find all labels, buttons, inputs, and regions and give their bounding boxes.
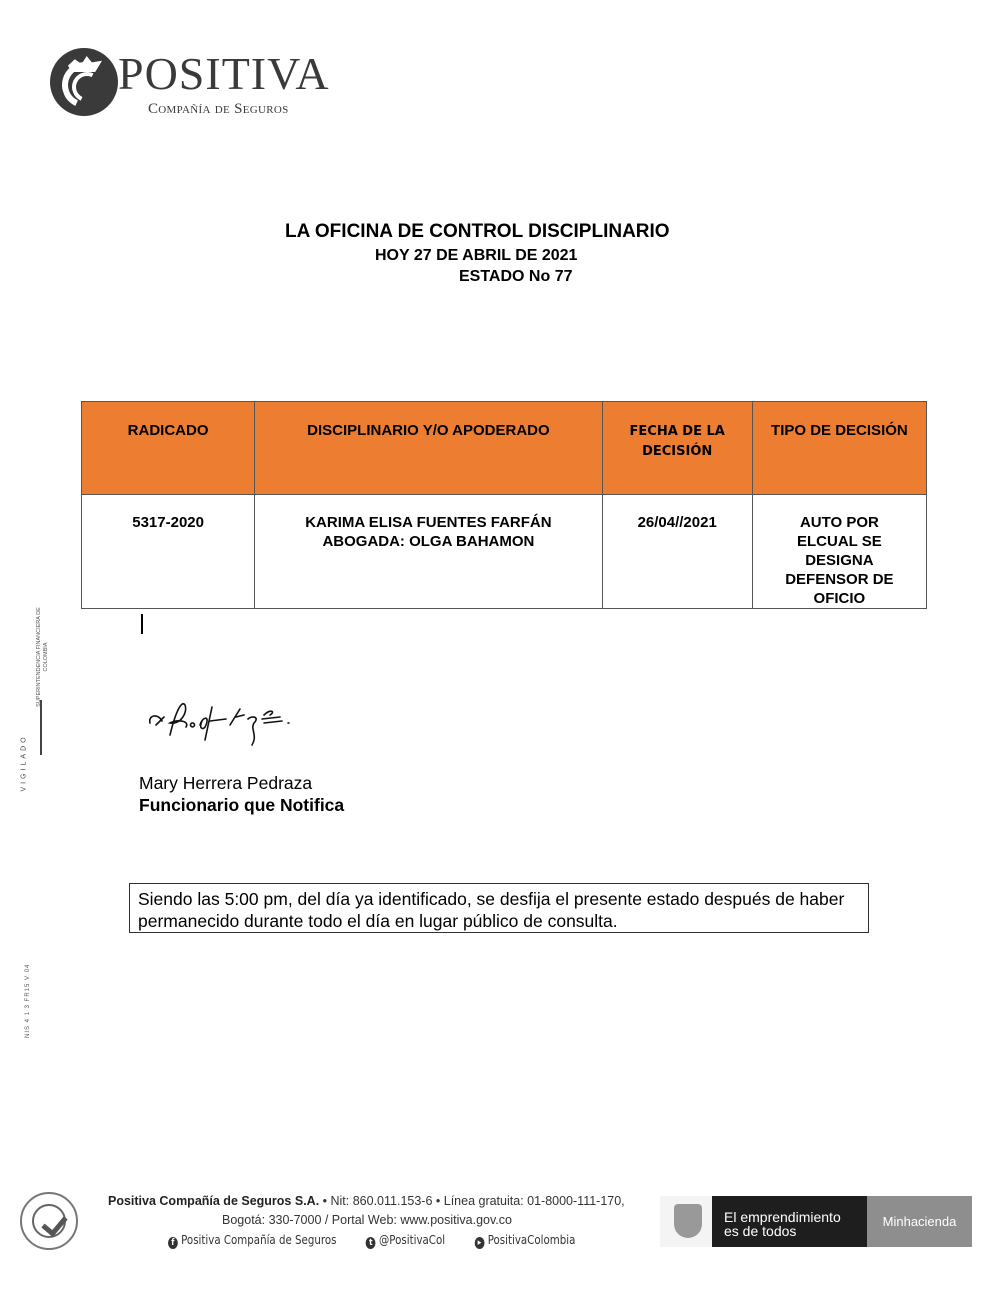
- footer-twitter: @PositivaCol: [379, 1232, 445, 1247]
- column-header-radicado: RADICADO: [82, 402, 255, 495]
- table-row: 5317-2020 KARIMA ELISA FUENTES FARFÁN AB…: [82, 495, 927, 609]
- cell-disciplinario: KARIMA ELISA FUENTES FARFÁN ABOGADA: OLG…: [255, 495, 602, 609]
- superintendencia-label: SUPERINTENDENCIA FINANCIERA DE COLOMBIA: [36, 592, 50, 722]
- column-header-disciplinario: DISCIPLINARIO Y/O APODERADO: [255, 402, 602, 495]
- vigilado-stamp: VIGILADO SUPERINTENDENCIA FINANCIERA DE …: [22, 590, 52, 760]
- date-title: HOY 27 DE ABRIL DE 2021: [375, 247, 577, 265]
- vigilado-label: VIGILADO: [21, 672, 28, 792]
- estado-number: ESTADO No 77: [459, 268, 573, 286]
- signature-image: [140, 695, 340, 765]
- gov-slogan-line2: es de todos: [712, 1224, 867, 1238]
- column-header-tipo: TIPO DE DECISIÓN: [752, 402, 926, 495]
- gov-slogan-line1: El emprendimiento: [712, 1210, 867, 1224]
- youtube-icon: ▸: [475, 1237, 485, 1249]
- positiva-logo: POSITIVA Compañía de Seguros: [50, 45, 340, 125]
- brand-name: POSITIVA: [118, 51, 330, 97]
- cell-radicado: 5317-2020: [82, 495, 255, 609]
- cell-tipo: AUTO POR ELCUAL SE DESIGNA DEFENSOR DE O…: [752, 495, 926, 609]
- apoderado-name: ABOGADA: OLGA BAHAMON: [261, 532, 595, 551]
- colombia-coat-of-arms-icon: [674, 1204, 702, 1238]
- disciplinario-name: KARIMA ELISA FUENTES FARFÁN: [261, 513, 595, 532]
- government-banner: El emprendimiento es de todos Minhaciend…: [660, 1196, 972, 1247]
- office-title: LA OFICINA DE CONTROL DISCIPLINARIO: [285, 221, 670, 243]
- footer-facebook: Positiva Compañía de Seguros: [181, 1232, 336, 1247]
- text-cursor: [141, 614, 143, 634]
- footer-contact: • Nit: 860.011.153-6 • Línea gratuita: 0…: [319, 1194, 625, 1208]
- cell-fecha: 26/04//2021: [602, 495, 752, 609]
- footer-youtube: PositivaColombia: [488, 1232, 576, 1247]
- estado-table: RADICADO DISCIPLINARIO Y/O APODERADO FEC…: [81, 401, 927, 609]
- twitter-icon: t: [366, 1237, 376, 1249]
- column-header-fecha: FECHA DE LA DECISIÓN: [602, 402, 752, 495]
- ministry-label: Minhacienda: [867, 1196, 972, 1247]
- footer-company-name: Positiva Compañía de Seguros S.A.: [108, 1194, 319, 1208]
- facebook-icon: f: [168, 1237, 178, 1249]
- form-code: NIS 4 1 3 FR15 V 04: [25, 958, 31, 1038]
- certification-seal-icon: [20, 1192, 78, 1250]
- signer-name: Mary Herrera Pedraza: [139, 773, 312, 794]
- desfijacion-note: Siendo las 5:00 pm, del día ya identific…: [129, 883, 869, 933]
- footer-social-line: fPositiva Compañía de Seguros t@Positiva…: [168, 1232, 575, 1249]
- footer-company-line: Positiva Compañía de Seguros S.A. • Nit:…: [108, 1194, 625, 1208]
- footer-address-line: Bogotá: 330-7000 / Portal Web: www.posit…: [222, 1213, 512, 1227]
- tipo-decision-text: AUTO POR ELCUAL SE DESIGNA DEFENSOR DE O…: [785, 514, 893, 607]
- table-header-row: RADICADO DISCIPLINARIO Y/O APODERADO FEC…: [82, 402, 927, 495]
- signer-role: Funcionario que Notifica: [139, 795, 344, 816]
- brand-subtitle: Compañía de Seguros: [148, 101, 289, 118]
- gov-slogan: El emprendimiento es de todos: [712, 1196, 867, 1247]
- positiva-emblem-icon: [50, 48, 118, 116]
